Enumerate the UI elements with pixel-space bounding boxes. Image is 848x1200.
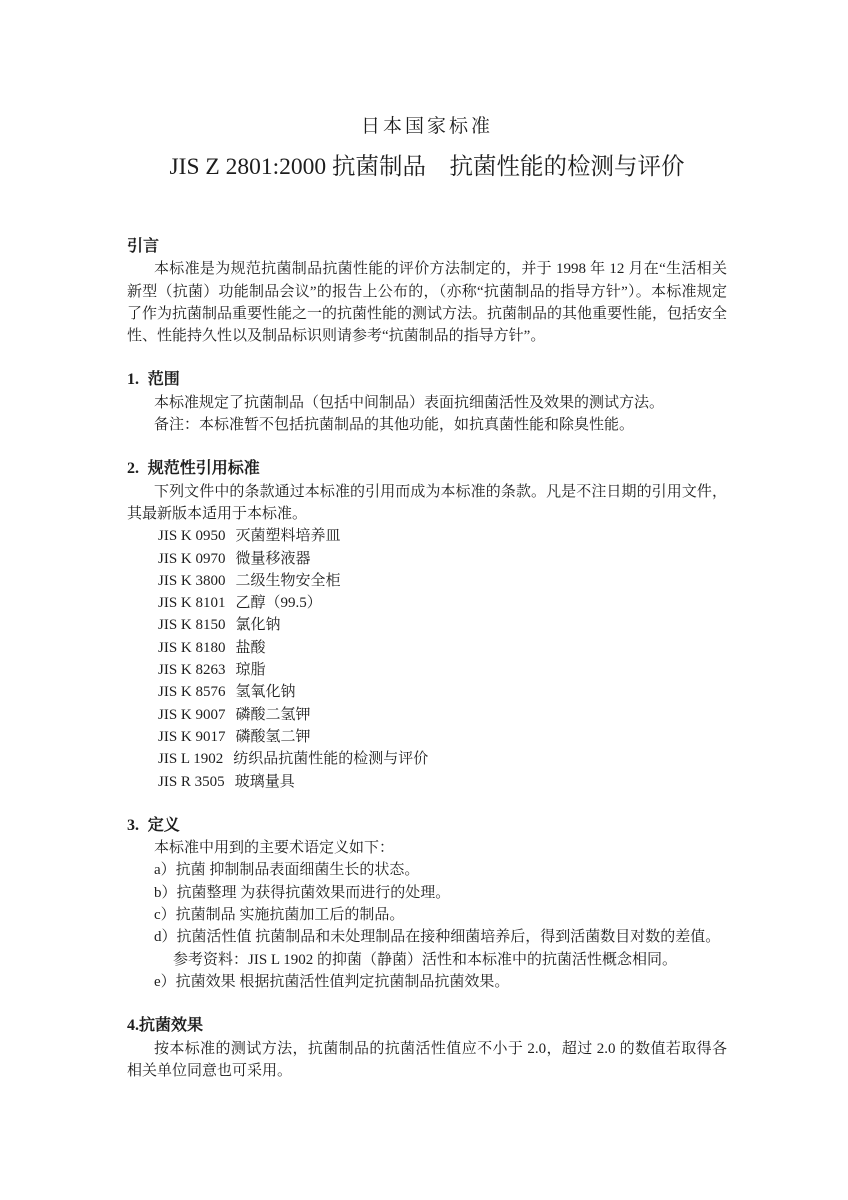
reference-name: 二级生物安全柜 [236, 573, 341, 589]
reference-item: JIS K 8180盐酸 [127, 637, 727, 659]
paragraph-line: 相关单位同意也可采用。 [127, 1060, 727, 1082]
intro-heading: 引言 [127, 236, 727, 258]
reference-name: 氯化钠 [236, 617, 281, 633]
effect-heading: 4.抗菌效果 [127, 1015, 727, 1037]
scope-heading: 1. 范围 [127, 369, 727, 391]
reference-item: JIS K 9007磷酸二氢钾 [127, 704, 727, 726]
reference-item: JIS K 8150氯化钠 [127, 614, 727, 636]
paragraph-line: 本标准是为规范抗菌制品抗菌性能的评价方法制定的，并于 1998 年 12 月在“… [127, 258, 727, 280]
reference-item: JIS L 1902纺织品抗菌性能的检测与评价 [127, 748, 727, 770]
reference-code: JIS K 8150 [158, 617, 226, 633]
reference-name: 琼脂 [236, 662, 266, 678]
references-heading: 2. 规范性引用标准 [127, 458, 727, 480]
paragraph-line: 性、性能持久性以及制品标识则请参考“抗菌制品的指导方针”。 [127, 325, 727, 347]
reference-item: JIS K 0970微量移液器 [127, 548, 727, 570]
document-page: 日本国家标准 JIS Z 2801:2000 抗菌制品 抗菌性能的检测与评价 引… [0, 0, 848, 1200]
reference-code: JIS K 8263 [158, 662, 226, 678]
reference-name: 微量移液器 [236, 551, 311, 567]
paragraph-line: 其最新版本适用于本标准。 [127, 503, 727, 525]
reference-code: JIS K 9007 [158, 707, 226, 723]
reference-code: JIS K 8576 [158, 684, 226, 700]
reference-name: 磷酸氢二钾 [236, 729, 311, 745]
paragraph-line: 本标准中用到的主要术语定义如下： [127, 837, 727, 859]
reference-code: JIS K 9017 [158, 729, 226, 745]
definition-item: d）抗菌活性值 抗菌制品和未处理制品在接种细菌培养后，得到活菌数目对数的差值。 [127, 926, 727, 948]
paragraph-line: 按本标准的测试方法，抗菌制品的抗菌活性值应不小于 2.0，超过 2.0 的数值若… [127, 1038, 727, 1060]
reference-item: JIS K 8101乙醇（99.5） [127, 592, 727, 614]
definition-item: b）抗菌整理 为获得抗菌效果而进行的处理。 [127, 882, 727, 904]
reference-item: JIS K 8576氢氧化钠 [127, 681, 727, 703]
document-content: 日本国家标准 JIS Z 2801:2000 抗菌制品 抗菌性能的检测与评价 引… [127, 116, 727, 1082]
reference-item: JIS R 3505玻璃量具 [127, 771, 727, 793]
reference-item: JIS K 0950灭菌塑料培养皿 [127, 525, 727, 547]
reference-name: 玻璃量具 [235, 774, 295, 790]
reference-name: 灭菌塑料培养皿 [236, 528, 341, 544]
reference-name: 磷酸二氢钾 [236, 707, 311, 723]
definition-item: e）抗菌效果 根据抗菌活性值判定抗菌制品抗菌效果。 [127, 971, 727, 993]
paragraph-line: 新型（抗菌）功能制品会议”的报告上公布的，（亦称“抗菌制品的指导方针”）。本标准… [127, 281, 727, 303]
reference-name: 盐酸 [236, 640, 266, 656]
definition-note: 参考资料：JIS L 1902 的抑菌（静菌）活性和本标准中的抗菌活性概念相同。 [127, 949, 727, 971]
standard-origin-label: 日本国家标准 [127, 116, 727, 138]
paragraph-line: 下列文件中的条款通过本标准的引用而成为本标准的条款。凡是不注日期的引用文件， [127, 481, 727, 503]
reference-code: JIS L 1902 [158, 751, 223, 767]
reference-code: JIS K 0950 [158, 528, 226, 544]
reference-code: JIS K 3800 [158, 573, 226, 589]
reference-code: JIS K 8180 [158, 640, 226, 656]
document-title: JIS Z 2801:2000 抗菌制品 抗菌性能的检测与评价 [127, 152, 727, 182]
definition-item: a）抗菌 抑制制品表面细菌生长的状态。 [127, 859, 727, 881]
reference-name: 乙醇（99.5） [236, 595, 322, 611]
definition-item: c）抗菌制品 实施抗菌加工后的制品。 [127, 904, 727, 926]
paragraph-line: 了作为抗菌制品重要性能之一的抗菌性能的测试方法。抗菌制品的其他重要性能，包括安全 [127, 303, 727, 325]
reference-name: 纺织品抗菌性能的检测与评价 [233, 751, 428, 767]
reference-item: JIS K 3800二级生物安全柜 [127, 570, 727, 592]
paragraph-line: 本标准规定了抗菌制品（包括中间制品）表面抗细菌活性及效果的测试方法。 [127, 392, 727, 414]
reference-code: JIS K 8101 [158, 595, 226, 611]
reference-item: JIS K 8263琼脂 [127, 659, 727, 681]
reference-item: JIS K 9017磷酸氢二钾 [127, 726, 727, 748]
reference-code: JIS R 3505 [158, 774, 225, 790]
note-line: 备注：本标准暂不包括抗菌制品的其他功能，如抗真菌性能和除臭性能。 [127, 414, 727, 436]
reference-name: 氢氧化钠 [236, 684, 296, 700]
reference-code: JIS K 0970 [158, 551, 226, 567]
definitions-heading: 3. 定义 [127, 815, 727, 837]
